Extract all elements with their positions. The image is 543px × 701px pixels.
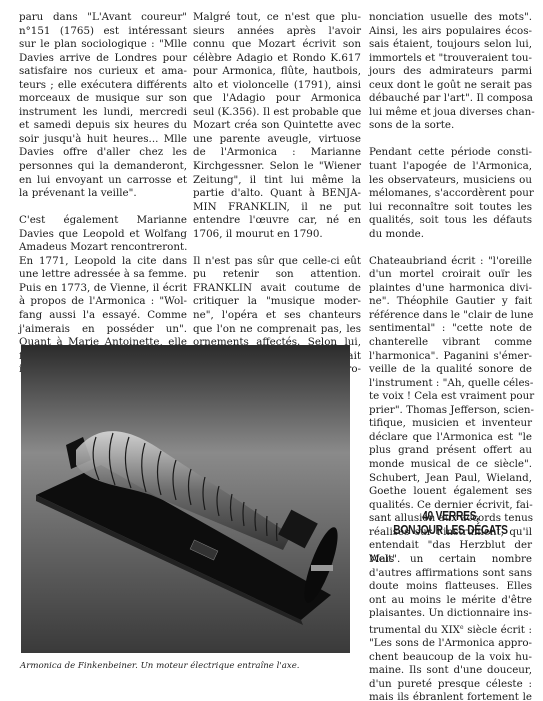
text-line: qualités, soit tous les défauts — [369, 214, 532, 228]
heading-line: BONJOUR LES DÉGATS — [384, 523, 518, 537]
text-line: seul (K.356). Il est probable que — [193, 106, 361, 120]
text-line: Mozart créa son Quintette avec — [193, 119, 361, 133]
text-line: Davies que Leopold et Wolfang — [19, 228, 187, 242]
text-line: chanterelle vibrant comme — [369, 336, 532, 350]
text-line: satisfaire nos curieux et ama- — [19, 65, 187, 79]
text-line: jours des admirateurs parmi — [369, 65, 532, 79]
text-line: la prévenant la veille". — [19, 187, 187, 201]
text-line: immortels et "trouveraient tou- — [369, 52, 532, 66]
photo-caption: Armonica de Finkenbeiner. Un moteur élec… — [20, 661, 350, 671]
text-line: fang aussi l'a essayé. Comme — [19, 309, 187, 323]
text-line: une parente aveugle, virtuose — [193, 133, 361, 147]
text-line: En 1771, Leopold la cite dans — [19, 255, 187, 269]
text-line: soir jusqu'à huit heures... Mlle — [19, 133, 187, 147]
text-line: plaisantes. Un dictionnaire ins- — [369, 607, 532, 621]
text-line: veille de la qualité sonore de — [369, 363, 532, 377]
text-line: du monde. — [369, 228, 532, 242]
text-line: paru dans "L'Avant coureur" — [19, 11, 187, 25]
text-line: Zeitung", il tint lui même la — [193, 174, 361, 188]
column-1: paru dans "L'Avant coureur" n°151 (1765)… — [19, 11, 187, 377]
text-line: Amadeus Mozart rencontreront. — [19, 241, 187, 255]
text-line: Kirchgessner. Selon le "Wiener — [193, 160, 361, 174]
column-3: nonciation usuelle des mots". Ainsi, les… — [369, 11, 532, 566]
text-line: Pendant cette période consti- — [369, 146, 532, 160]
text-line: trumental du XIXe siècle écrit : — [369, 621, 532, 638]
text-line: que l'on ne comprenait pas, les — [193, 323, 361, 337]
column-3-continued: Mais un certain nombre d'autres affirmat… — [369, 553, 532, 701]
text-line: chent beaucoup de la voix hu- — [369, 651, 532, 665]
paragraph-mozart-adagio: Malgré tout, ce n'est que plu- sieurs an… — [193, 11, 361, 241]
text-line: une lettre adressée à sa femme. — [19, 268, 187, 282]
text-line: lui même et joua diverses chan- — [369, 106, 532, 120]
text-line: Davies arrive de Londres pour — [19, 52, 187, 66]
text-line: doute moins flatteuses. Elles — [369, 580, 532, 594]
text-line: sieurs années après l'avoir — [193, 25, 361, 39]
text-line: célèbre Adagio et Rondo K.617 — [193, 52, 361, 66]
text-line: te voix ! Cela est vraiment pour — [369, 390, 532, 404]
text-line: C'est également Marianne — [19, 214, 187, 228]
armonica-photo — [21, 345, 350, 653]
text-line: sentimental" : "cette note de — [369, 322, 532, 336]
text-line: d'un pureté presque céleste : — [369, 678, 532, 692]
text-line: référence dans le "clair de lune — [369, 309, 532, 323]
text-line: débauché par l'art". Il composa — [369, 92, 532, 106]
text-line: mais ils ébranlent fortement le — [369, 691, 532, 701]
text-line: tifique, musicien et inventeur — [369, 417, 532, 431]
text-line: Mais un certain nombre — [369, 553, 532, 567]
column-2: Malgré tout, ce n'est que plu- sieurs an… — [193, 11, 361, 377]
text-line: Il n'est pas sûr que celle-ci eût — [193, 255, 361, 269]
text-line: Schubert, Jean Paul, Wieland, — [369, 472, 532, 486]
text-line: que l'Adagio pour Armonica — [193, 92, 361, 106]
text-line: l'harmonica". Paganini s'émer- — [369, 350, 532, 364]
text-line: Puis en 1773, de Vienne, il écrit — [19, 282, 187, 296]
text-line: MIN FRANKLIN, il ne put — [193, 201, 361, 215]
heading-line: 40 VERRES, — [384, 509, 518, 523]
text-line: sons de la sorte. — [369, 119, 532, 133]
text-line: Chateaubriand écrit : "l'oreille — [369, 255, 532, 269]
paragraph-apogee: Pendant cette période consti- tuant l'ap… — [369, 146, 532, 241]
text-line: entendait "das Herzblut der — [369, 539, 532, 553]
text-line: mélomanes, s'accordèrent pour — [369, 187, 532, 201]
text-line: sais étaient, toujours selon lui, — [369, 38, 532, 52]
text-line: ne", l'opéra et ses chanteurs — [193, 309, 361, 323]
text-line: ont au moins le mérite d'être — [369, 594, 532, 608]
text-line: alto et violoncelle (1791), ainsi — [193, 79, 361, 93]
text-fragment: trumental du XIX — [369, 624, 460, 636]
text-line: Davies offre d'aller chez les — [19, 146, 187, 160]
text-line: pour Armonica, flûte, hautbois, — [193, 65, 361, 79]
paragraph-affirmations: Mais un certain nombre d'autres affirmat… — [369, 553, 532, 701]
text-line: Goethe louent également ses — [369, 485, 532, 499]
text-line: morceaux de musique sur son — [19, 92, 187, 106]
text-line: critiquer la "musique moder- — [193, 295, 361, 309]
text-line: en lui envoyant un carrosse et — [19, 174, 187, 188]
text-line: nonciation usuelle des mots". — [369, 11, 532, 25]
text-line: de l'Armonica : Marianne — [193, 146, 361, 160]
text-line: partie d'alto. Quant à BENJA- — [193, 187, 361, 201]
text-line: à propos de l'Armonica : "Wol- — [19, 295, 187, 309]
text-line: ne". Théophile Gautier y fait — [369, 295, 532, 309]
text-line: Malgré tout, ce n'est que plu- — [193, 11, 361, 25]
text-line: teurs ; elle exécutera différents — [19, 79, 187, 93]
text-line: sur le plan sociologique : "Mlle — [19, 38, 187, 52]
text-line: tuant l'apogée de l'Armonica, — [369, 160, 532, 174]
text-line: prier". Thomas Jefferson, scien- — [369, 404, 532, 418]
text-line: Ainsi, les airs populaires écos- — [369, 25, 532, 39]
text-line: lui reconnaître soit toutes les — [369, 201, 532, 215]
text-line: ceux dont le goût ne serait pas — [369, 79, 532, 93]
text-line: n°151 (1765) est intéressant — [19, 25, 187, 39]
paragraph-avant-coureur: paru dans "L'Avant coureur" n°151 (1765)… — [19, 11, 187, 201]
armonica-illustration — [21, 345, 350, 653]
text-line: et samedi depuis six heures du — [19, 119, 187, 133]
text-line: monde musical de ce siècle". — [369, 458, 532, 472]
text-line: entendre l'œuvre car, né en — [193, 214, 361, 228]
text-line: connu que Mozart écrivit son — [193, 38, 361, 52]
text-line: "Les sons de l'Armonica appro- — [369, 637, 532, 651]
text-line: personnes qui la demanderont, — [19, 160, 187, 174]
text-line: plaintes d'une harmonica divi- — [369, 282, 532, 296]
text-line: déclare que l'Armonica est "le — [369, 431, 532, 445]
text-line: instrument les lundi, mercredi — [19, 106, 187, 120]
text-line: FRANKLIN avait coutume de — [193, 282, 361, 296]
text-line: 1706, il mourut en 1790. — [193, 228, 361, 242]
paragraph-airs-populaires: nonciation usuelle des mots". Ainsi, les… — [369, 11, 532, 133]
text-line: d'autres affirmations sont sans — [369, 567, 532, 581]
text-fragment: siècle écrit : — [464, 624, 532, 636]
text-line: les observateurs, musiciens ou — [369, 174, 532, 188]
text-line: l'instrument : "Ah, quelle céles- — [369, 377, 532, 391]
text-line: pu retenir son attention. — [193, 268, 361, 282]
section-heading: 40 VERRES, BONJOUR LES DÉGATS — [369, 509, 532, 537]
text-line: plus grand présent offert au — [369, 444, 532, 458]
text-line: d'un mortel croirait ouïr les — [369, 268, 532, 282]
text-line: j'aimerais en posséder un". — [19, 323, 187, 337]
text-line: maine. Ils sont d'une douceur, — [369, 664, 532, 678]
